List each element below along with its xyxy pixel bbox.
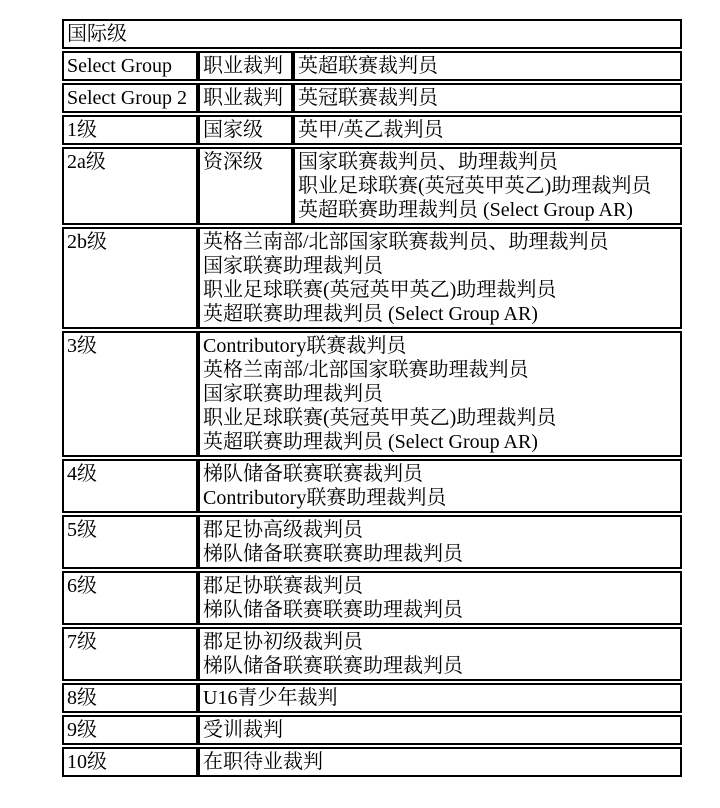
description-cell: 英格兰南部/北部国家联赛裁判员、助理裁判员 国家联赛助理裁判员 职业足球联赛(英…: [198, 227, 682, 329]
description-cell: 英冠联赛裁判员: [293, 83, 682, 113]
level-cell: 1级: [62, 115, 198, 145]
referee-levels-table: 国际级Select Group职业裁判英超联赛裁判员Select Group 2…: [62, 17, 682, 779]
description-cell: 郡足协初级裁判员 梯队储备联赛联赛助理裁判员: [198, 627, 682, 681]
description-cell: 郡足协高级裁判员 梯队储备联赛联赛助理裁判员: [198, 515, 682, 569]
level-cell: 9级: [62, 715, 198, 745]
table-row: 7级郡足协初级裁判员 梯队储备联赛联赛助理裁判员: [62, 627, 682, 681]
table-row: Select Group职业裁判英超联赛裁判员: [62, 51, 682, 81]
table-row: 国际级: [62, 19, 682, 49]
table-row: 9级受训裁判: [62, 715, 682, 745]
level-cell: 6级: [62, 571, 198, 625]
table-row: 6级郡足协联赛裁判员 梯队储备联赛联赛助理裁判员: [62, 571, 682, 625]
description-cell: 职业裁判: [198, 83, 293, 113]
level-cell: 2b级: [62, 227, 198, 329]
group-title-cell: 国际级: [62, 19, 682, 49]
table-row: 5级郡足协高级裁判员 梯队储备联赛联赛助理裁判员: [62, 515, 682, 569]
level-cell: 7级: [62, 627, 198, 681]
referee-levels-table-container: 国际级Select Group职业裁判英超联赛裁判员Select Group 2…: [62, 17, 682, 779]
description-cell: 资深级: [198, 147, 293, 225]
description-cell: 受训裁判: [198, 715, 682, 745]
table-row: 2a级资深级国家联赛裁判员、助理裁判员 职业足球联赛(英冠英甲英乙)助理裁判员 …: [62, 147, 682, 225]
description-cell: 梯队储备联赛联赛裁判员 Contributory联赛助理裁判员: [198, 459, 682, 513]
table-row: 10级在职待业裁判: [62, 747, 682, 777]
referee-table-body: 国际级Select Group职业裁判英超联赛裁判员Select Group 2…: [62, 19, 682, 777]
table-row: 8级U16青少年裁判: [62, 683, 682, 713]
level-cell: 2a级: [62, 147, 198, 225]
description-cell: 在职待业裁判: [198, 747, 682, 777]
description-cell: 国家联赛裁判员、助理裁判员 职业足球联赛(英冠英甲英乙)助理裁判员 英超联赛助理…: [293, 147, 682, 225]
table-row: 4级梯队储备联赛联赛裁判员 Contributory联赛助理裁判员: [62, 459, 682, 513]
table-row: 3级Contributory联赛裁判员 英格兰南部/北部国家联赛助理裁判员 国家…: [62, 331, 682, 457]
table-row: Select Group 2职业裁判英冠联赛裁判员: [62, 83, 682, 113]
table-row: 2b级英格兰南部/北部国家联赛裁判员、助理裁判员 国家联赛助理裁判员 职业足球联…: [62, 227, 682, 329]
description-cell: Contributory联赛裁判员 英格兰南部/北部国家联赛助理裁判员 国家联赛…: [198, 331, 682, 457]
description-cell: 职业裁判: [198, 51, 293, 81]
level-cell: 5级: [62, 515, 198, 569]
description-cell: 英甲/英乙裁判员: [293, 115, 682, 145]
table-row: 1级国家级英甲/英乙裁判员: [62, 115, 682, 145]
level-cell: 4级: [62, 459, 198, 513]
level-cell: 10级: [62, 747, 198, 777]
level-cell: Select Group: [62, 51, 198, 81]
description-cell: 英超联赛裁判员: [293, 51, 682, 81]
level-cell: Select Group 2: [62, 83, 198, 113]
description-cell: 国家级: [198, 115, 293, 145]
description-cell: U16青少年裁判: [198, 683, 682, 713]
level-cell: 3级: [62, 331, 198, 457]
level-cell: 8级: [62, 683, 198, 713]
description-cell: 郡足协联赛裁判员 梯队储备联赛联赛助理裁判员: [198, 571, 682, 625]
